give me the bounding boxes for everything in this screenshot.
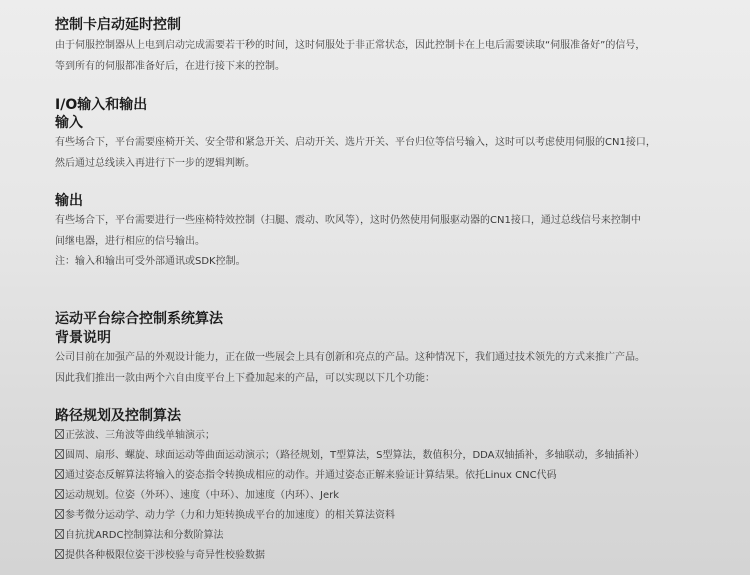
list-item: 提供各种极限位姿干涉校验与奇异性校验数据 <box>55 546 265 561</box>
subheading-input: 输入 <box>55 112 83 132</box>
heading-delay-control: 控制卡启动延时控制 <box>55 14 181 34</box>
checkbox-cross-icon <box>55 469 64 479</box>
list-item-text: 圆周、扇形、螺旋、球面运动等曲面运动演示；（路径规划，T型算法，S型算法，数值积… <box>65 446 645 461</box>
list-item: 自抗扰ARDC控制算法和分数阶算法 <box>55 526 223 541</box>
list-item-text: 自抗扰ARDC控制算法和分数阶算法 <box>65 526 223 541</box>
paragraph-line: 由于伺服控制器从上电到启动完成需要若干秒的时间，这时伺服处于非正常状态，因此控制… <box>55 36 645 51</box>
heading-io: I/O输入和输出 <box>55 94 147 114</box>
subheading-path-planning: 路径规划及控制算法 <box>55 405 181 425</box>
checkbox-cross-icon <box>55 429 64 439</box>
list-item-text: 运动规划。位姿（外环）、速度（中环）、加速度（内环）、Jerk <box>65 486 339 501</box>
list-item: 参考微分运动学、动力学（力和力矩转换成平台的加速度）的相关算法资料 <box>55 506 395 521</box>
paragraph-line: 然后通过总线读入再进行下一步的逻辑判断。 <box>55 154 255 169</box>
list-item-text: 通过姿态反解算法将输入的姿态指令转换成相应的动作。并通过姿态正解来验证计算结果。… <box>65 466 557 481</box>
checkbox-cross-icon <box>55 549 64 559</box>
paragraph-line: 有些场合下，平台需要进行一些座椅特效控制（扫腿、震动、吹风等），这时仍然使用伺服… <box>55 211 641 226</box>
checkbox-cross-icon <box>55 449 64 459</box>
list-item: 正弦波、三角波等曲线单轴演示； <box>55 426 215 441</box>
paragraph-line: 等到所有的伺服都准备好后，在进行接下来的控制。 <box>55 57 285 72</box>
checkbox-cross-icon <box>55 529 64 539</box>
list-item-text: 正弦波、三角波等曲线单轴演示； <box>65 426 215 441</box>
list-item: 通过姿态反解算法将输入的姿态指令转换成相应的动作。并通过姿态正解来验证计算结果。… <box>55 466 557 481</box>
note-line: 注：输入和输出可受外部通讯或SDK控制。 <box>55 252 246 267</box>
list-item: 圆周、扇形、螺旋、球面运动等曲面运动演示；（路径规划，T型算法，S型算法，数值积… <box>55 446 645 461</box>
checkbox-cross-icon <box>55 489 64 499</box>
paragraph-line: 有些场合下，平台需要座椅开关、安全带和紧急开关、启动开关、选片开关、平台归位等信… <box>55 133 656 148</box>
subheading-output: 输出 <box>55 190 83 210</box>
paragraph-line: 间继电器，进行相应的信号输出。 <box>55 232 205 247</box>
list-item-text: 参考微分运动学、动力学（力和力矩转换成平台的加速度）的相关算法资料 <box>65 506 395 521</box>
paragraph-line: 公司目前在加强产品的外观设计能力，正在做一些展会上具有创新和亮点的产品。这种情况… <box>55 348 645 363</box>
list-item-text: 提供各种极限位姿干涉校验与奇异性校验数据 <box>65 546 265 561</box>
subheading-background: 背景说明 <box>55 327 111 347</box>
checkbox-cross-icon <box>55 509 64 519</box>
list-item: 运动规划。位姿（外环）、速度（中环）、加速度（内环）、Jerk <box>55 486 339 501</box>
heading-algorithm: 运动平台综合控制系统算法 <box>55 308 223 328</box>
paragraph-line: 因此我们推出一款由两个六自由度平台上下叠加起来的产品，可以实现以下几个功能： <box>55 369 435 384</box>
